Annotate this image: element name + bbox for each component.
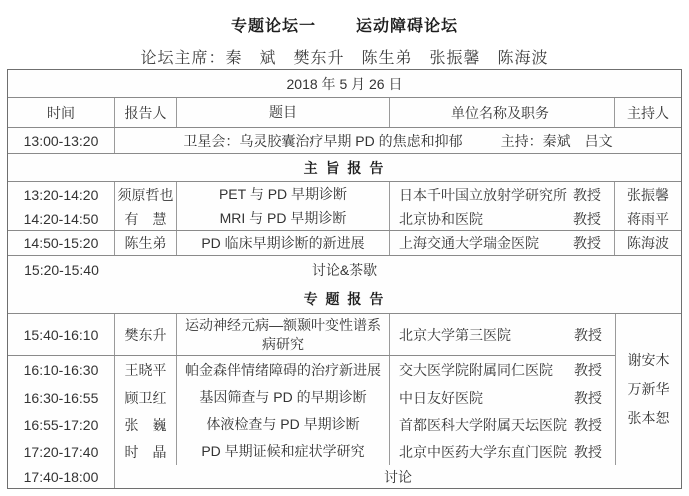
session-time: 13:20-14:20 [8, 182, 115, 207]
session-affiliation-cell: 交大医学院附属同仁医院 教授 [390, 356, 615, 384]
session-affiliation: 上海交通大学瑞金医院 [399, 233, 539, 253]
session-topic: MRI 与 PD 早期诊断 [177, 207, 390, 230]
section-title: 专 题 报 告 [304, 289, 386, 309]
session-row: 15:40-16:10 樊东升 运动神经元病—额颞叶变性谱系病研究 北京大学第三… [8, 314, 615, 356]
discussion-label: 讨论 [115, 465, 681, 488]
column-header-time: 时间 [8, 98, 115, 127]
session-moderator: 张本恕 [628, 404, 670, 433]
session-time: 17:20-17:40 [8, 438, 115, 465]
title-forum-name: 运动障碍论坛 [356, 18, 458, 35]
session-time: 13:00-13:20 [8, 128, 115, 153]
session-affiliation: 日本千叶国立放射学研究所 [399, 185, 567, 205]
session-affiliation-cell: 上海交通大学瑞金医院 教授 [390, 231, 615, 255]
satellite-session-content: 卫星会：乌灵胶囊治疗早期 PD 的焦虑和抑郁 主持：秦斌 吕文 [115, 128, 681, 153]
session-time: 16:55-17:20 [8, 411, 115, 438]
session-row: 16:30-16:55 顾卫红 基因筛查与 PD 的早期诊断 中日友好医院 教授 [8, 384, 615, 411]
column-header-speaker: 报告人 [115, 98, 177, 127]
forum-chairs-line: 论坛主席：秦 斌 樊东升 陈生弟 张振馨 陈海波 [0, 45, 689, 68]
session-time: 15:20-15:40 [8, 256, 115, 284]
date-row: 2018 年 5 月 26 日 [8, 70, 681, 98]
section-title: 主 旨 报 告 [304, 158, 386, 178]
session-row: 14:50-15:20 陈生弟 PD 临床早期诊断的新进展 上海交通大学瑞金医院… [8, 231, 681, 256]
session-moderator: 蒋雨平 [615, 207, 681, 230]
session-affiliation-cell: 首都医科大学附属天坛医院 教授 [390, 411, 615, 438]
title-forum-number: 专题论坛一 [231, 18, 316, 35]
session-rank: 教授 [573, 233, 601, 253]
section-header-special: 专 题 报 告 [8, 284, 681, 314]
session-rank: 教授 [574, 360, 602, 380]
session-time: 14:50-15:20 [8, 231, 115, 255]
session-moderator: 张振馨 [615, 182, 681, 207]
session-time: 15:40-16:10 [8, 314, 115, 355]
section-header-keynote: 主 旨 报 告 [8, 154, 681, 182]
session-topic: PET 与 PD 早期诊断 [177, 182, 390, 207]
session-row: 16:10-16:30 王晓平 帕金森伴情绪障碍的治疗新进展 交大医学院附属同仁… [8, 356, 615, 384]
satellite-session-title: 卫星会：乌灵胶囊治疗早期 PD 的焦虑和抑郁 [183, 131, 462, 151]
session-speaker: 王晓平 [115, 356, 177, 384]
page-title: 专题论坛一运动障碍论坛 [0, 0, 689, 36]
session-speaker: 樊东升 [115, 314, 177, 355]
session-moderator: 谢安木 [628, 346, 670, 375]
special-session-rows: 15:40-16:10 樊东升 运动神经元病—额颞叶变性谱系病研究 北京大学第三… [8, 314, 615, 465]
session-affiliation-cell: 北京协和医院 教授 [390, 207, 615, 230]
session-moderator: 陈海波 [615, 231, 681, 255]
session-rank: 教授 [574, 442, 602, 462]
session-row: 16:55-17:20 张 巍 体液检查与 PD 早期诊断 首都医科大学附属天坛… [8, 411, 615, 438]
session-speaker: 须原哲也 [115, 182, 177, 207]
session-time: 16:10-16:30 [8, 356, 115, 384]
satellite-session-host: 主持：秦斌 吕文 [501, 131, 613, 151]
tea-break-row: 15:20-15:40 讨论&茶歇 [8, 256, 681, 284]
session-rank: 教授 [573, 209, 601, 229]
session-topic: 基因筛查与 PD 的早期诊断 [177, 384, 390, 411]
session-rank: 教授 [574, 415, 602, 435]
session-topic: 帕金森伴情绪障碍的治疗新进展 [177, 356, 390, 384]
column-header-affiliation: 单位名称及职务 [390, 98, 615, 127]
session-rank: 教授 [574, 325, 602, 345]
satellite-session-row: 13:00-13:20 卫星会：乌灵胶囊治疗早期 PD 的焦虑和抑郁 主持：秦斌… [8, 128, 681, 154]
conference-program-page: 专题论坛一运动障碍论坛 论坛主席：秦 斌 樊东升 陈生弟 张振馨 陈海波 201… [0, 0, 689, 496]
session-row: 14:20-14:50 有 慧 MRI 与 PD 早期诊断 北京协和医院 教授 … [8, 207, 681, 231]
session-speaker: 顾卫红 [115, 384, 177, 411]
session-speaker: 有 慧 [115, 207, 177, 230]
column-header-row: 时间 报告人 题目 单位名称及职务 主持人 [8, 98, 681, 128]
session-affiliation-cell: 北京大学第三医院 教授 [390, 314, 615, 355]
session-row: 17:20-17:40 时 晶 PD 早期证候和症状学研究 北京中医药大学东直门… [8, 438, 615, 465]
session-affiliation-cell: 日本千叶国立放射学研究所 教授 [390, 182, 615, 207]
session-affiliation: 首都医科大学附属天坛医院 [399, 415, 567, 435]
session-time: 16:30-16:55 [8, 384, 115, 411]
discussion-row: 17:40-18:00 讨论 [8, 465, 681, 488]
session-time: 17:40-18:00 [8, 465, 115, 488]
session-moderator: 万新华 [628, 375, 670, 404]
session-speaker: 陈生弟 [115, 231, 177, 255]
column-header-topic: 题目 [177, 98, 390, 127]
session-rank: 教授 [574, 388, 602, 408]
session-affiliation: 交大医学院附属同仁医院 [399, 360, 553, 380]
session-topic: 体液检查与 PD 早期诊断 [177, 411, 390, 438]
session-affiliation: 北京协和医院 [399, 209, 483, 229]
date-text: 2018 年 5 月 26 日 [287, 74, 403, 94]
session-speaker: 时 晶 [115, 438, 177, 465]
session-topic: PD 临床早期诊断的新进展 [177, 231, 390, 255]
column-header-moderator: 主持人 [615, 98, 681, 127]
schedule-table: 2018 年 5 月 26 日 时间 报告人 题目 单位名称及职务 主持人 13… [7, 69, 682, 489]
special-session-block: 15:40-16:10 樊东升 运动神经元病—额颞叶变性谱系病研究 北京大学第三… [8, 314, 681, 465]
session-affiliation: 北京大学第三医院 [399, 325, 511, 345]
session-topic: PD 早期证候和症状学研究 [177, 438, 390, 465]
session-rank: 教授 [573, 185, 601, 205]
session-time: 14:20-14:50 [8, 207, 115, 230]
session-topic: 运动神经元病—额颞叶变性谱系病研究 [177, 314, 390, 355]
session-speaker: 张 巍 [115, 411, 177, 438]
session-affiliation-cell: 中日友好医院 教授 [390, 384, 615, 411]
session-affiliation-cell: 北京中医药大学东直门医院 教授 [390, 438, 615, 465]
session-affiliation: 中日友好医院 [399, 388, 483, 408]
session-row: 13:20-14:20 须原哲也 PET 与 PD 早期诊断 日本千叶国立放射学… [8, 182, 681, 207]
special-moderators-cell: 谢安木 万新华 张本恕 [615, 314, 681, 465]
session-affiliation: 北京中医药大学东直门医院 [399, 442, 567, 462]
